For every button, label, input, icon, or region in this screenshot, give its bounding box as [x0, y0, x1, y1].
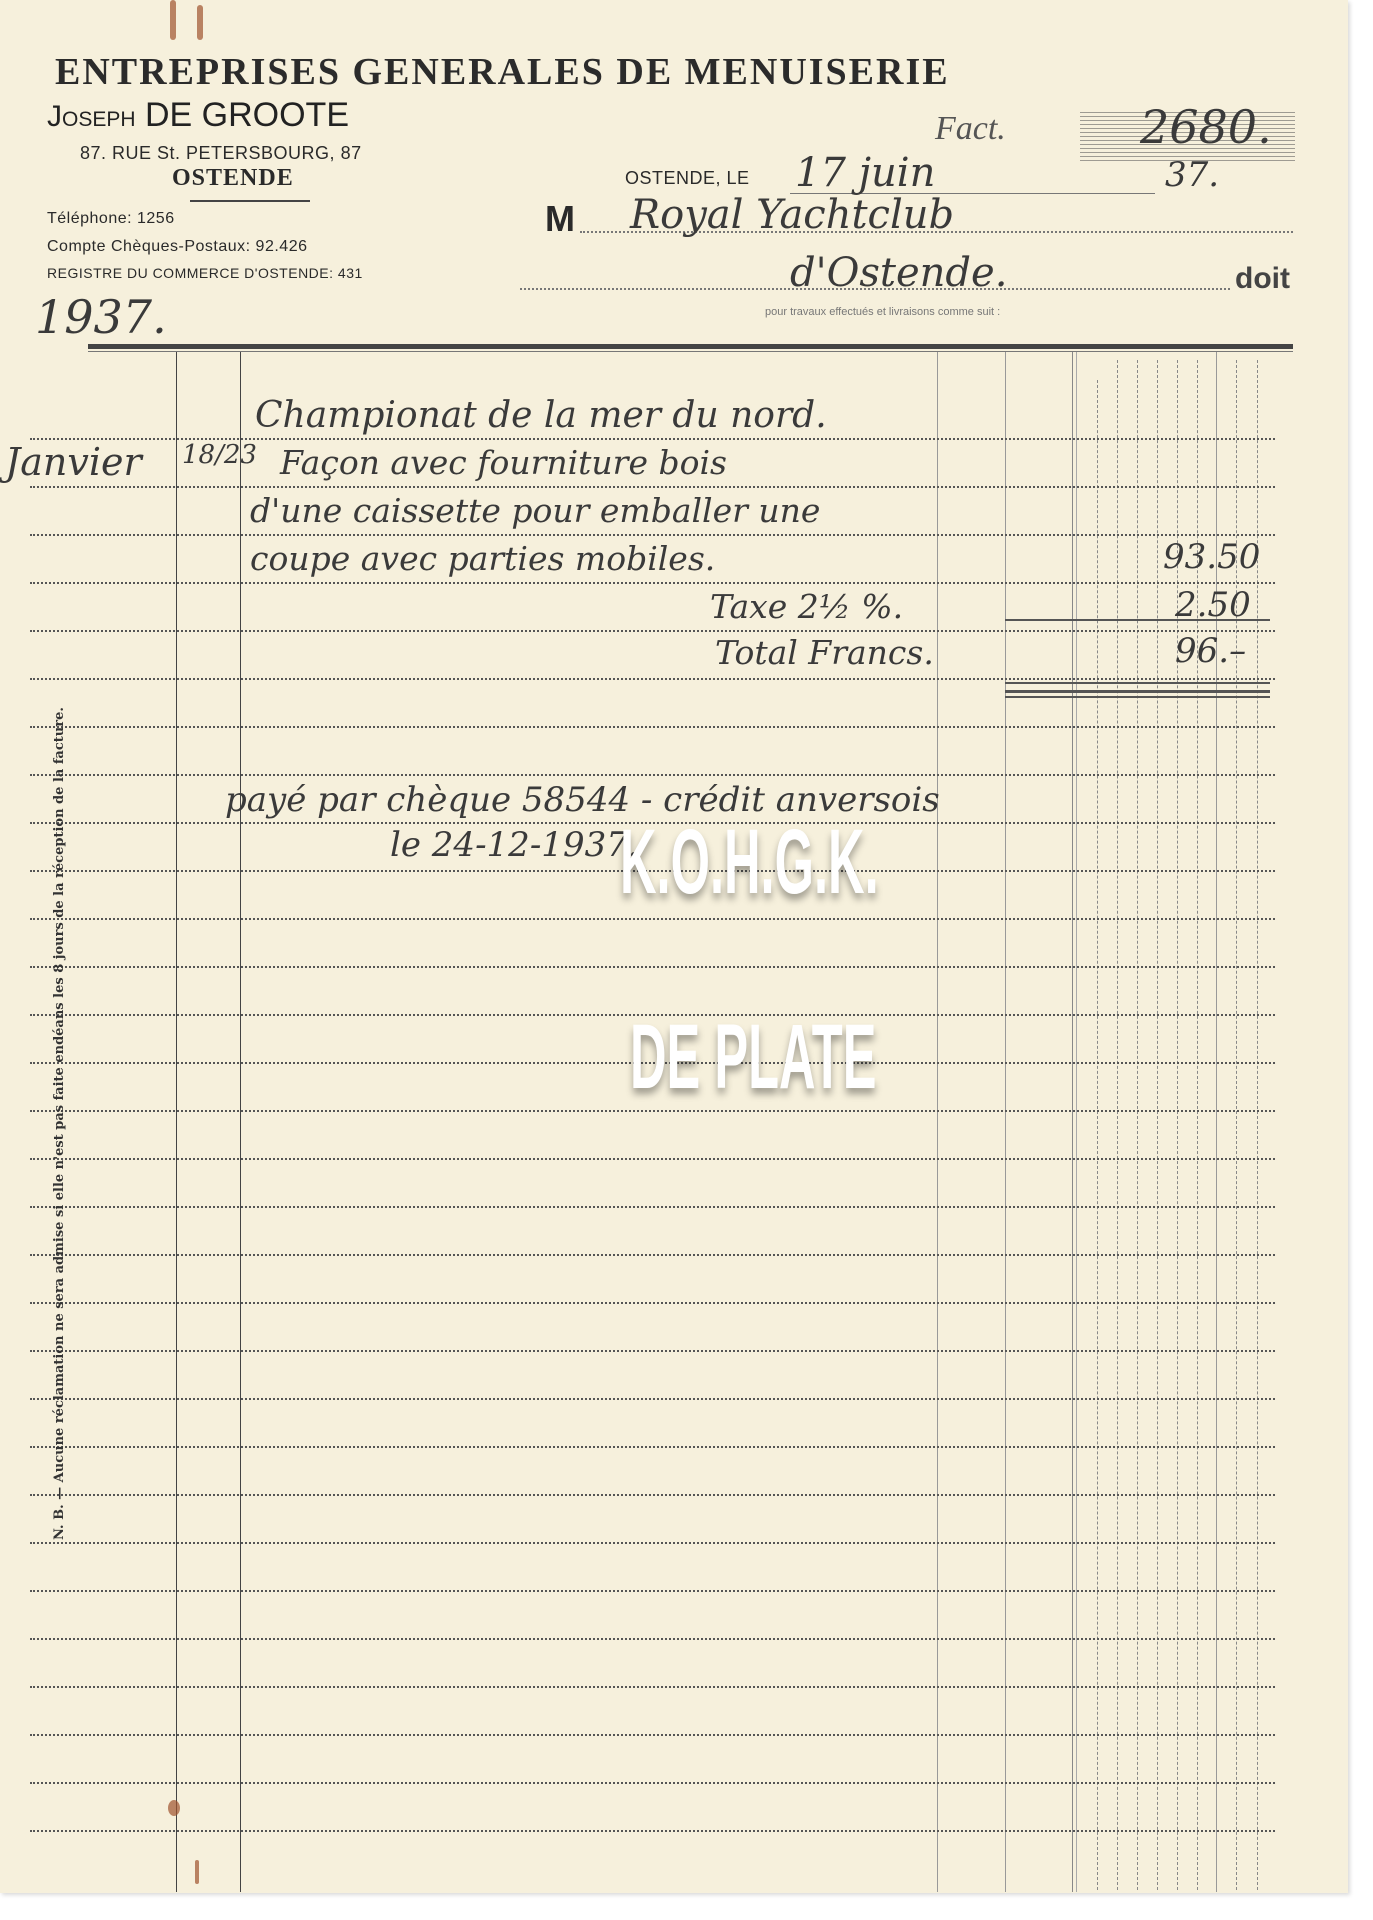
entry-month: Janvier: [5, 440, 142, 484]
margin-year: 1937.: [35, 290, 167, 344]
row-line: [30, 582, 1275, 584]
fact-label: Fact.: [935, 110, 1006, 148]
ink-stain: [197, 5, 203, 40]
ink-stain: [170, 0, 176, 40]
column-dash-2: [1117, 360, 1118, 1890]
total-double-rule-1: [1005, 682, 1270, 684]
fact-number: 2680.: [1140, 100, 1272, 154]
row-line: [30, 1590, 1275, 1592]
recipient-city: d'Ostende.: [790, 250, 1007, 296]
entry-line-2: Façon avec fourniture bois: [280, 443, 727, 482]
row-line: [30, 1350, 1275, 1352]
company-title: ENTREPRISES GENERALES DE MENUISERIE: [55, 50, 950, 94]
row-line: [30, 1686, 1275, 1688]
side-note-nb: N. B. — Aucune réclamation ne sera admis…: [52, 707, 67, 1540]
watermark-de-plate: DE PLATE: [630, 1005, 876, 1110]
telephone: Téléphone: 1256: [47, 210, 175, 228]
row-line: [30, 1638, 1275, 1640]
recipient-prefix: M: [545, 198, 575, 240]
column-dash-8: [1257, 360, 1258, 1890]
ink-stain: [195, 1860, 199, 1884]
payment-note-line-2: le 24-12-1937.: [390, 825, 639, 865]
column-dash-1: [1097, 380, 1098, 1890]
row-line: [30, 1206, 1275, 1208]
commerce-registry: REGISTRE DU COMMERCE D'OSTENDE: 431: [47, 265, 363, 281]
column-dash-3: [1137, 360, 1138, 1890]
row-line: [30, 1494, 1275, 1496]
company-city: OSTENDE: [172, 165, 294, 192]
entry-line-1: Championat de la mer du nord.: [255, 395, 827, 436]
row-line: [30, 774, 1275, 776]
row-line: [30, 1830, 1275, 1832]
entry-line-4: coupe avec parties mobiles.: [250, 539, 715, 578]
row-line: [30, 534, 1275, 536]
row-line: [30, 1782, 1275, 1784]
column-dash-4: [1157, 360, 1158, 1890]
recipient-name: Royal Yachtclub: [630, 192, 954, 238]
date-label: OSTENDE, LE: [625, 168, 750, 189]
watermark-kohgk: K.O.H.G.K.: [620, 810, 879, 915]
year-handwritten: 37.: [1165, 155, 1219, 195]
total-amount: 96.–: [1175, 631, 1246, 671]
header-rule: [88, 344, 1293, 349]
owner-name: Joseph DE GROOTE: [47, 96, 349, 135]
row-line: [30, 726, 1275, 728]
header-rule-thin: [88, 351, 1293, 352]
row-line: [30, 630, 1275, 632]
row-line: [30, 918, 1275, 920]
row-line: [30, 1446, 1275, 1448]
ink-stain: [168, 1800, 180, 1816]
row-line: [30, 678, 1275, 680]
city-underline: [190, 200, 310, 202]
row-line: [30, 1110, 1275, 1112]
row-line: [30, 1254, 1275, 1256]
invoice-paper: ENTREPRISES GENERALES DE MENUISERIE Jose…: [0, 0, 1348, 1893]
total-double-rule-3: [1005, 696, 1270, 698]
invoice-subtitle: pour travaux effectués et livraisons com…: [765, 306, 1000, 318]
owner-last-name: DE GROOTE: [145, 96, 349, 134]
row-line: [30, 966, 1275, 968]
row-line: [30, 1734, 1275, 1736]
company-address: 87. RUE St. PETERSBOURG, 87: [80, 143, 362, 164]
entry-days: 18/23: [182, 440, 257, 470]
total-label: Total Francs.: [715, 633, 934, 672]
doit-label: doit: [1235, 262, 1290, 296]
row-line: [30, 486, 1275, 488]
row-line: [30, 1398, 1275, 1400]
date-handwritten: 17 juin: [795, 150, 935, 196]
subtotal-rule: [1005, 619, 1270, 621]
row-line: [30, 1542, 1275, 1544]
row-line: [30, 1302, 1275, 1304]
owner-first-name: Joseph: [47, 100, 136, 133]
subtotal-amount: 93.50: [1163, 537, 1260, 577]
row-line: [30, 1158, 1275, 1160]
postal-account: Compte Chèques-Postaux: 92.426: [47, 238, 307, 256]
entry-line-3: d'une caissette pour emballer une: [250, 491, 820, 530]
tax-label: Taxe 2½ %.: [710, 587, 903, 626]
total-double-rule-2: [1005, 690, 1270, 693]
